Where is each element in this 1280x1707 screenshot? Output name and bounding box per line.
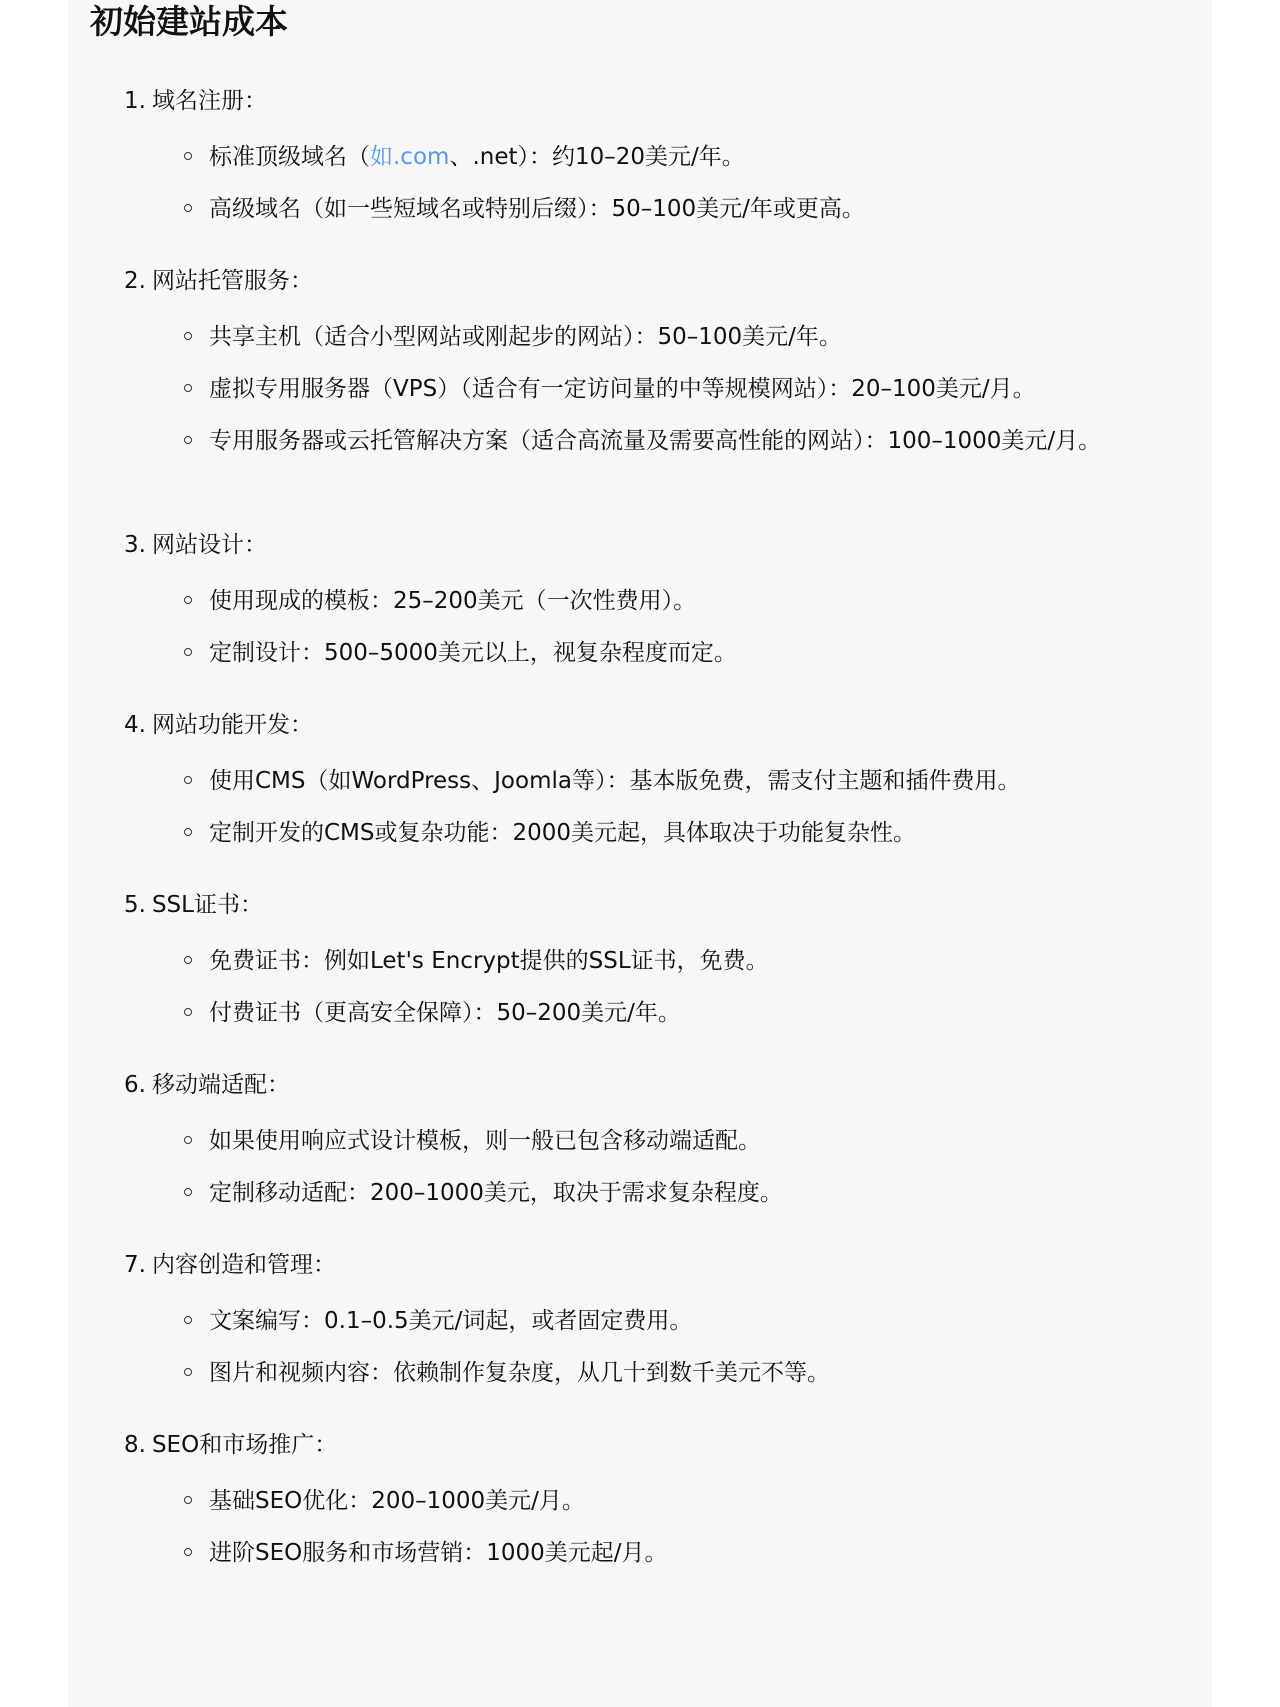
section-number: 1. <box>124 88 146 114</box>
hollow-bullet-icon <box>184 332 192 340</box>
section-number: 3. <box>124 532 146 558</box>
section-heading: 6.移动端适配： <box>124 1068 1204 1102</box>
section-number: 2. <box>124 268 146 294</box>
list-item: 进阶SEO服务和市场营销：1000美元起/月。 <box>124 1536 1204 1570</box>
section-number: 5. <box>124 892 146 918</box>
section-heading-text: 内容创造和管理： <box>152 1252 336 1278</box>
section-heading-text: 网站托管服务： <box>152 268 313 294</box>
list-item: 基础SEO优化：200–1000美元/月。 <box>124 1484 1204 1518</box>
hollow-bullet-icon <box>184 1368 192 1376</box>
list-item: 如果使用响应式设计模板，则一般已包含移动端适配。 <box>124 1124 1204 1158</box>
hollow-bullet-icon <box>184 1136 192 1144</box>
hollow-bullet-icon <box>184 1548 192 1556</box>
hollow-bullet-icon <box>184 1316 192 1324</box>
list-item: 使用现成的模板：25–200美元（一次性费用）。 <box>124 584 1204 618</box>
section-heading: 5.SSL证书： <box>124 888 1204 922</box>
hollow-bullet-icon <box>184 436 192 444</box>
hollow-bullet-icon <box>184 776 192 784</box>
section-heading: 3.网站设计： <box>124 528 1204 562</box>
section-heading-text: 域名注册： <box>152 88 267 114</box>
section-design: 3.网站设计： 使用现成的模板：25–200美元（一次性费用）。 定制设计：50… <box>124 528 1204 670</box>
list-item: 定制移动适配：200–1000美元，取决于需求复杂程度。 <box>124 1176 1204 1210</box>
hollow-bullet-icon <box>184 956 192 964</box>
list-item: 标准顶级域名（如.com、.net）：约10–20美元/年。 <box>124 140 1204 174</box>
hollow-bullet-icon <box>184 1188 192 1196</box>
section-domain-registration: 1.域名注册： 标准顶级域名（如.com、.net）：约10–20美元/年。 高… <box>124 84 1204 226</box>
section-seo: 8.SEO和市场推广： 基础SEO优化：200–1000美元/月。 进阶SEO服… <box>124 1428 1204 1570</box>
list-item: 免费证书：例如Let's Encrypt提供的SSL证书，免费。 <box>124 944 1204 978</box>
section-development: 4.网站功能开发： 使用CMS（如WordPress、Joomla等）：基本版免… <box>124 708 1204 850</box>
list-item: 付费证书（更高安全保障）：50–200美元/年。 <box>124 996 1204 1030</box>
section-number: 6. <box>124 1072 146 1098</box>
section-number: 8. <box>124 1432 146 1458</box>
hollow-bullet-icon <box>184 596 192 604</box>
section-hosting: 2.网站托管服务： 共享主机（适合小型网站或刚起步的网站）：50–100美元/年… <box>124 264 1204 458</box>
hollow-bullet-icon <box>184 1008 192 1016</box>
list-item: 高级域名（如一些短域名或特别后缀）：50–100美元/年或更高。 <box>124 192 1204 226</box>
section-number: 4. <box>124 712 146 738</box>
hollow-bullet-icon <box>184 384 192 392</box>
section-number: 7. <box>124 1252 146 1278</box>
list-item: 使用CMS（如WordPress、Joomla等）：基本版免费，需支付主题和插件… <box>124 764 1204 798</box>
section-heading: 7.内容创造和管理： <box>124 1248 1204 1282</box>
list-item: 专用服务器或云托管解决方案（适合高流量及需要高性能的网站）：100–1000美元… <box>124 424 1109 458</box>
section-heading-text: 网站功能开发： <box>152 712 313 738</box>
list-item: 定制开发的CMS或复杂功能：2000美元起，具体取决于功能复杂性。 <box>124 816 1204 850</box>
hollow-bullet-icon <box>184 1496 192 1504</box>
list-item: 虚拟专用服务器（VPS）（适合有一定访问量的中等规模网站）：20–100美元/月… <box>124 372 1204 406</box>
list-item: 图片和视频内容：依赖制作复杂度，从几十到数千美元不等。 <box>124 1356 1204 1390</box>
domain-example-link[interactable]: 如.com <box>370 144 449 170</box>
section-heading-text: SSL证书： <box>152 892 263 918</box>
section-heading-text: 移动端适配： <box>152 1072 290 1098</box>
section-mobile: 6.移动端适配： 如果使用响应式设计模板，则一般已包含移动端适配。 定制移动适配… <box>124 1068 1204 1210</box>
section-heading: 8.SEO和市场推广： <box>124 1428 1204 1462</box>
section-content: 7.内容创造和管理： 文案编写：0.1–0.5美元/词起，或者固定费用。 图片和… <box>124 1248 1204 1390</box>
section-heading: 2.网站托管服务： <box>124 264 1204 298</box>
hollow-bullet-icon <box>184 648 192 656</box>
document-panel: 初始建站成本 1.域名注册： 标准顶级域名（如.com、.net）：约10–20… <box>68 0 1212 1707</box>
hollow-bullet-icon <box>184 204 192 212</box>
list-item: 共享主机（适合小型网站或刚起步的网站）：50–100美元/年。 <box>124 320 1204 354</box>
section-heading-text: 网站设计： <box>152 532 267 558</box>
hollow-bullet-icon <box>184 152 192 160</box>
list-item: 定制设计：500–5000美元以上，视复杂程度而定。 <box>124 636 1204 670</box>
hollow-bullet-icon <box>184 828 192 836</box>
page-title: 初始建站成本 <box>90 0 288 44</box>
section-heading: 4.网站功能开发： <box>124 708 1204 742</box>
section-heading-text: SEO和市场推广： <box>152 1432 337 1458</box>
section-ssl: 5.SSL证书： 免费证书：例如Let's Encrypt提供的SSL证书，免费… <box>124 888 1204 1030</box>
list-item: 文案编写：0.1–0.5美元/词起，或者固定费用。 <box>124 1304 1204 1338</box>
section-heading: 1.域名注册： <box>124 84 1204 118</box>
